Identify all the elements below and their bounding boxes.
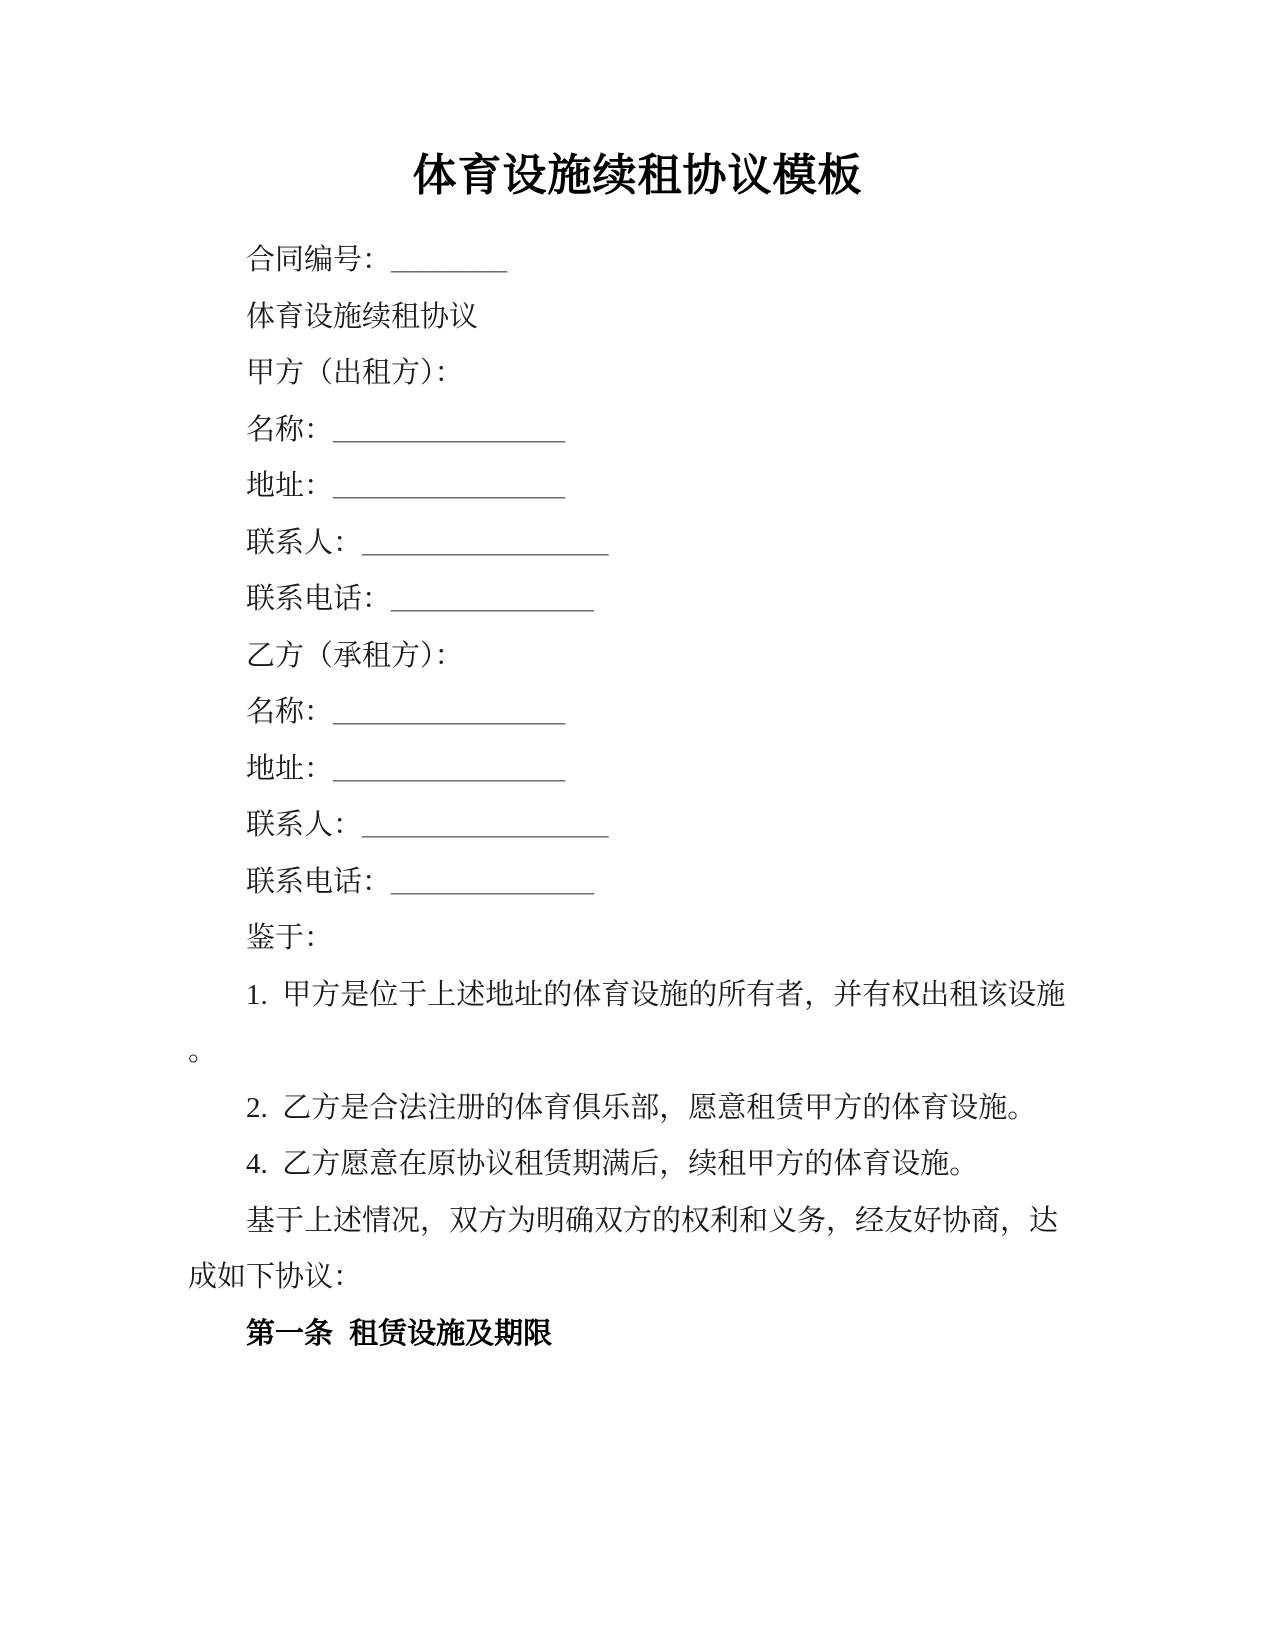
recital-4-text: 4. 乙方愿意在原协议租赁期满后，续租甲方的体育设施。 [246, 1148, 978, 1180]
recital-1-text: 1. 甲方是位于上述地址的体育设施的所有者，并有权出租该设施 [246, 979, 1065, 1011]
recital-1-continuation-line: 。 [188, 1023, 1145, 1080]
party-b-contact-label: 联系人： [246, 809, 362, 841]
party-a-heading-text: 甲方（出租方）： [246, 357, 464, 389]
party-a-name-blank: ________________ [333, 414, 565, 446]
whereas-line: 鉴于： [188, 910, 1145, 967]
party-b-phone-blank: ______________ [391, 866, 594, 898]
document-page: 体育设施续租协议模板 合同编号：________ 体育设施续租协议 甲方（出租方… [0, 0, 1275, 1650]
recital-1-line: 1. 甲方是位于上述地址的体育设施的所有者，并有权出租该设施 [188, 967, 1145, 1024]
party-a-address-label: 地址： [246, 470, 333, 502]
preamble-line: 基于上述情况，双方为明确双方的权利和义务，经友好协商，达 [188, 1193, 1145, 1250]
article-1-heading: 第一条 租赁设施及期限 [188, 1306, 1145, 1363]
party-b-address-line: 地址：________________ [188, 741, 1145, 798]
party-b-heading-line: 乙方（承租方）： [188, 628, 1145, 685]
recital-2-text: 2. 乙方是合法注册的体育俱乐部，愿意租赁甲方的体育设施。 [246, 1092, 1036, 1124]
recital-4-line: 4. 乙方愿意在原协议租赁期满后，续租甲方的体育设施。 [188, 1136, 1145, 1193]
party-b-phone-line: 联系电话：______________ [188, 854, 1145, 911]
party-a-address-line: 地址：________________ [188, 458, 1145, 515]
party-a-phone-blank: ______________ [391, 583, 594, 615]
party-a-name-label: 名称： [246, 414, 333, 446]
party-b-phone-label: 联系电话： [246, 866, 391, 898]
party-b-name-label: 名称： [246, 696, 333, 728]
preamble-continuation-line: 成如下协议： [188, 1249, 1145, 1306]
party-a-phone-label: 联系电话： [246, 583, 391, 615]
party-a-address-blank: ________________ [333, 470, 565, 502]
document-body: 合同编号：________ 体育设施续租协议 甲方（出租方）： 名称：_____… [0, 206, 1275, 1362]
preamble-text: 基于上述情况，双方为明确双方的权利和义务，经友好协商，达 [246, 1205, 1058, 1237]
preamble-continuation-text: 成如下协议： [188, 1261, 362, 1293]
party-b-contact-blank: _________________ [362, 809, 609, 841]
whereas-text: 鉴于： [246, 922, 333, 954]
party-a-contact-label: 联系人： [246, 527, 362, 559]
recital-2-line: 2. 乙方是合法注册的体育俱乐部，愿意租赁甲方的体育设施。 [188, 1080, 1145, 1137]
party-a-name-line: 名称：________________ [188, 402, 1145, 459]
party-b-name-line: 名称：________________ [188, 684, 1145, 741]
party-b-heading-text: 乙方（承租方）： [246, 640, 464, 672]
party-b-address-blank: ________________ [333, 753, 565, 785]
party-a-contact-blank: _________________ [362, 527, 609, 559]
contract-number-line: 合同编号：________ [188, 232, 1145, 289]
party-b-address-label: 地址： [246, 753, 333, 785]
article-1-heading-text: 第一条 租赁设施及期限 [246, 1318, 552, 1350]
party-b-contact-line: 联系人：_________________ [188, 797, 1145, 854]
party-a-heading-line: 甲方（出租方）： [188, 345, 1145, 402]
party-a-phone-line: 联系电话：______________ [188, 571, 1145, 628]
subtitle-text: 体育设施续租协议 [246, 301, 478, 333]
party-b-name-blank: ________________ [333, 696, 565, 728]
party-a-contact-line: 联系人：_________________ [188, 515, 1145, 572]
contract-number-blank: ________ [391, 244, 507, 276]
contract-number-label: 合同编号： [246, 244, 391, 276]
recital-1-continuation-text: 。 [188, 1035, 217, 1067]
page-title: 体育设施续租协议模板 [0, 146, 1275, 206]
subtitle-line: 体育设施续租协议 [188, 289, 1145, 346]
